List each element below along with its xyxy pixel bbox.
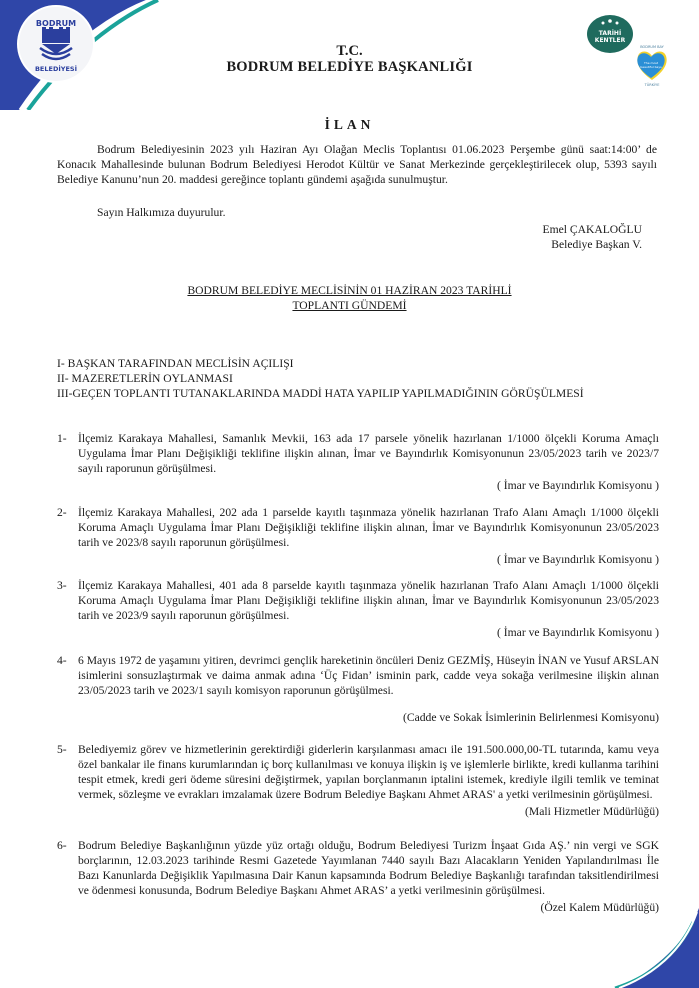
notice-announcement: Sayın Halkımıza duyurulur. (97, 206, 225, 219)
agenda-item-department: (Özel Kalem Müdürlüğü) (57, 900, 659, 915)
notice-title: İLAN (0, 117, 699, 133)
agenda-item-text: İlçemiz Karakaya Mahallesi, 401 ada 8 pa… (78, 578, 659, 623)
agenda-item-department: (Mali Hizmetler Müdürlüğü) (57, 804, 659, 819)
agenda-title-line2: TOPLANTI GÜNDEMİ (0, 299, 699, 312)
notice-intro-text: Bodrum Belediyesinin 2023 yılı Haziran A… (57, 142, 657, 187)
agenda-item-text: Bodrum Belediye Başkanlığının yüzde yüz … (78, 838, 659, 898)
agenda-item-text: Belediyemiz görev ve hizmetlerinin gerek… (78, 742, 659, 802)
agenda-item: 2- İlçemiz Karakaya Mahallesi, 202 ada 1… (57, 505, 659, 567)
svg-text:TARİHİ: TARİHİ (599, 30, 621, 37)
agenda-title-line1: BODRUM BELEDİYE MECLİSİNİN 01 HAZİRAN 20… (0, 284, 699, 297)
agenda-item: 5- Belediyemiz görev ve hizmetlerinin ge… (57, 742, 659, 819)
notice-intro: Bodrum Belediyesinin 2023 yılı Haziran A… (57, 142, 657, 187)
agenda-item-text: İlçemiz Karakaya Mahallesi, 202 ada 1 pa… (78, 505, 659, 550)
agenda-item-number: 6- (57, 838, 67, 853)
agenda-item: 1- İlçemiz Karakaya Mahallesi, Samanlık … (57, 431, 659, 493)
header-organization: BODRUM BELEDİYE BAŞKANLIĞI (0, 59, 699, 76)
agenda-item-number: 2- (57, 505, 67, 520)
svg-text:TÜRKİYE: TÜRKİYE (644, 82, 660, 87)
agenda-roman-item: III-GEÇEN TOPLANTI TUTANAKLARINDA MADDİ … (57, 387, 584, 400)
agenda-item-department: ( İmar ve Bayındırlık Komisyonu ) (57, 478, 659, 493)
agenda-roman-item: II- MAZERETLERİN OYLANMASI (57, 372, 233, 385)
header-tc: T.C. (0, 43, 699, 60)
agenda-item-text: İlçemiz Karakaya Mahallesi, Samanlık Mev… (78, 431, 659, 476)
agenda-item: 4- 6 Mayıs 1972 de yaşamını yitiren, dev… (57, 653, 659, 725)
agenda-item-number: 1- (57, 431, 67, 446)
signer-name: Emel ÇAKALOĞLU (543, 222, 643, 237)
agenda-item-department: ( İmar ve Bayındırlık Komisyonu ) (57, 625, 659, 640)
agenda-item-text: 6 Mayıs 1972 de yaşamını yitiren, devrim… (78, 653, 659, 698)
agenda-roman-item: I- BAŞKAN TARAFINDAN MECLİSİN AÇILIŞI (57, 357, 294, 370)
agenda-item-number: 3- (57, 578, 67, 593)
agenda-item: 6- Bodrum Belediye Başkanlığının yüzde y… (57, 838, 659, 915)
svg-text:BODRUM: BODRUM (36, 19, 76, 28)
signature-block: Emel ÇAKALOĞLU Belediye Başkan V. (543, 222, 643, 252)
corner-decoration-bottom-right (589, 908, 699, 988)
agenda-item-number: 4- (57, 653, 67, 668)
agenda-item: 3- İlçemiz Karakaya Mahallesi, 401 ada 8… (57, 578, 659, 640)
agenda-item-number: 5- (57, 742, 67, 757)
agenda-item-department: ( İmar ve Bayındırlık Komisyonu ) (57, 552, 659, 567)
agenda-item-department: (Cadde ve Sokak İsimlerinin Belirlenmesi… (57, 710, 659, 725)
signer-title: Belediye Başkan V. (543, 237, 643, 252)
